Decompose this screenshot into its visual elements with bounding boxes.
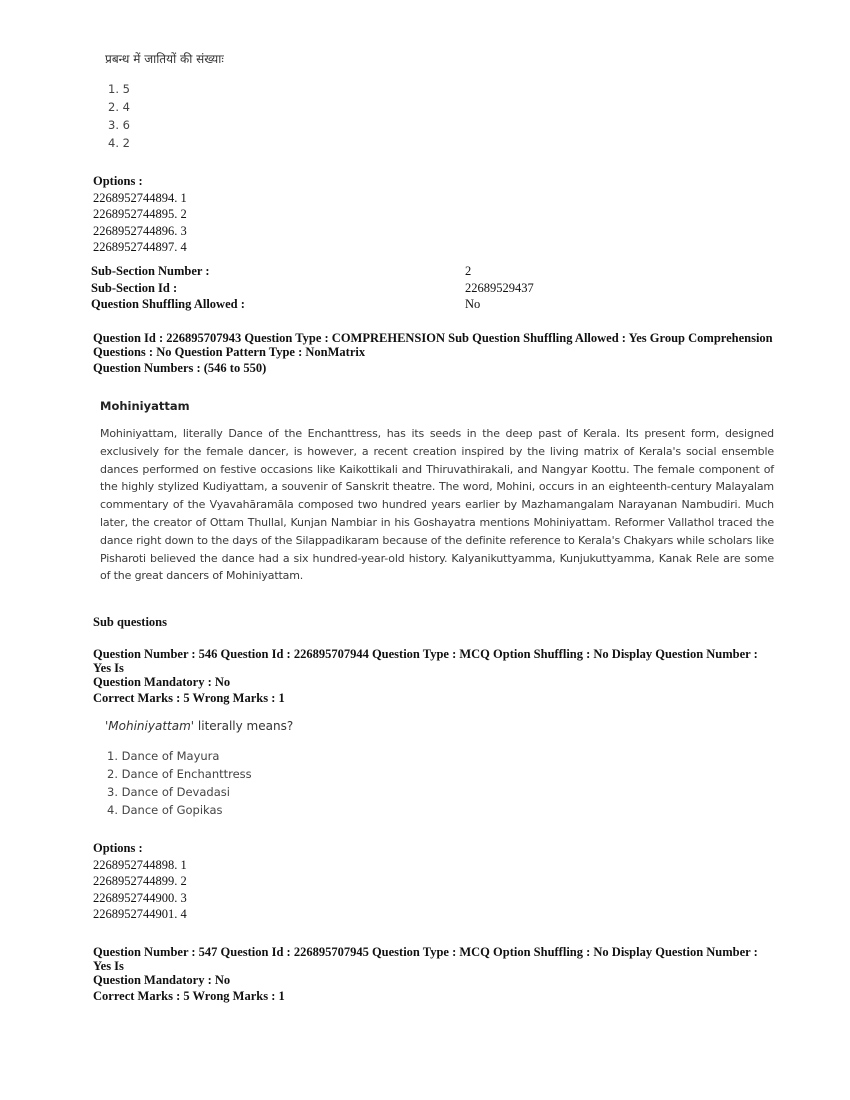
choice-item: 4. Dance of Gopikas [107,801,252,819]
option-id: 2268952744899. 2 [93,873,187,890]
passage-text: Mohiniyattam, literally Dance of the Enc… [100,425,774,585]
prev-options-block: Options : 2268952744894. 1 2268952744895… [93,173,187,256]
choice-item: 3. 6 [108,116,130,134]
q547-marks: Correct Marks : 5 Wrong Marks : 1 [93,989,773,1003]
option-id: 2268952744894. 1 [93,190,187,207]
q546-choices: 1. Dance of Mayura 2. Dance of Enchanttr… [107,747,252,819]
q546-header-line: Question Number : 546 Question Id : 2268… [93,647,773,675]
subsection-label: Sub-Section Id : [91,280,465,297]
sub-questions-label: Sub questions [93,614,167,631]
option-id: 2268952744897. 4 [93,239,187,256]
choice-item: 2. Dance of Enchanttress [107,765,252,783]
subsection-label: Sub-Section Number : [91,263,465,280]
q546-question-rest: literally means? [194,719,293,733]
option-id: 2268952744901. 4 [93,906,187,923]
subsection-row: Sub-Section Number : 2 [91,263,534,280]
options-label: Options : [93,840,187,857]
options-label: Options : [93,173,187,190]
subsection-value: 22689529437 [465,280,534,297]
q546-header-line: Question Mandatory : No [93,675,773,689]
q547-header: Question Number : 547 Question Id : 2268… [93,945,773,1003]
prev-question-text: प्रबन्ध में जातियों की संख्याः [105,50,224,67]
prev-question-choices: 1. 5 2. 4 3. 6 4. 2 [108,80,130,152]
option-id: 2268952744900. 3 [93,890,187,907]
subsection-row: Sub-Section Id : 22689529437 [91,280,534,297]
q546-marks: Correct Marks : 5 Wrong Marks : 1 [93,691,773,705]
subsection-value: 2 [465,263,471,280]
subsection-info: Sub-Section Number : 2 Sub-Section Id : … [91,263,534,313]
comprehension-header-line: Questions : No Question Pattern Type : N… [93,345,773,359]
comprehension-header-line: Question Id : 226895707943 Question Type… [93,331,773,345]
question-numbers: Question Numbers : (546 to 550) [93,361,773,375]
q546-header: Question Number : 546 Question Id : 2268… [93,647,773,705]
q546-term: 'Mohiniyattam' [105,719,194,733]
q546-question-text: 'Mohiniyattam' literally means? [105,719,293,733]
q546-options-block: Options : 2268952744898. 1 2268952744899… [93,840,187,923]
option-id: 2268952744896. 3 [93,223,187,240]
comprehension-header: Question Id : 226895707943 Question Type… [93,331,773,375]
option-id: 2268952744895. 2 [93,206,187,223]
q547-header-line: Question Mandatory : No [93,973,773,987]
passage-title: Mohiniyattam [100,399,190,413]
subsection-label: Question Shuffling Allowed : [91,296,465,313]
option-id: 2268952744898. 1 [93,857,187,874]
choice-item: 3. Dance of Devadasi [107,783,252,801]
q547-header-line: Question Number : 547 Question Id : 2268… [93,945,773,973]
subsection-value: No [465,296,480,313]
subsection-row: Question Shuffling Allowed : No [91,296,534,313]
choice-item: 1. Dance of Mayura [107,747,252,765]
choice-item: 2. 4 [108,98,130,116]
choice-item: 4. 2 [108,134,130,152]
choice-item: 1. 5 [108,80,130,98]
